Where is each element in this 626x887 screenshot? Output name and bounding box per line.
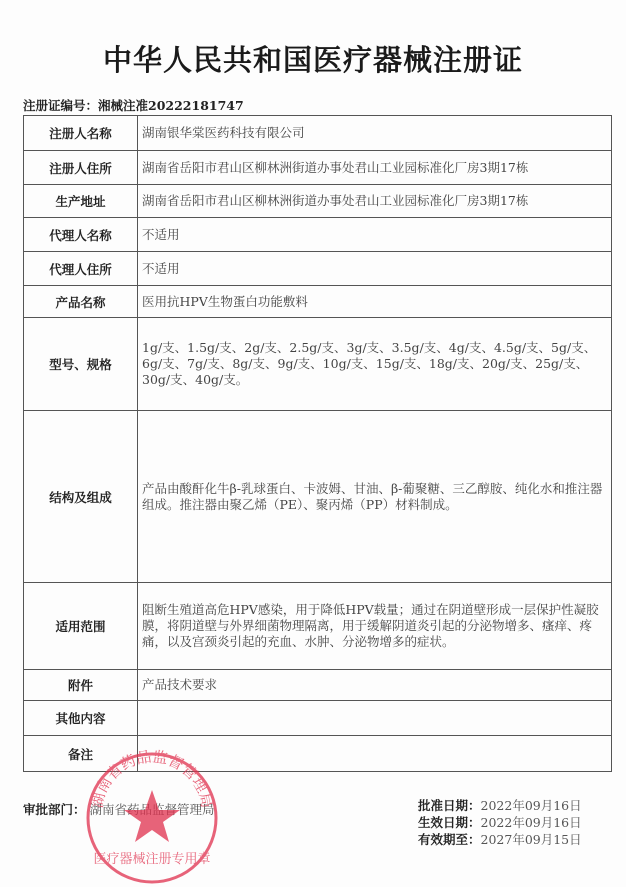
table-row: 注册人住所湖南省岳阳市君山区柳林洲街道办事处君山工业园标准化厂房3期17栋 <box>24 151 612 185</box>
row-value: 不适用 <box>138 252 612 286</box>
approval-department: 审批部门：湖南省药品监督管理局 <box>23 800 215 818</box>
row-label: 生产地址 <box>24 185 138 218</box>
table-row: 结构及组成产品由酸酐化牛β-乳球蛋白、卡波姆、甘油、β-葡聚糖、三乙醇胺、纯化水… <box>24 411 612 583</box>
approval-date-label: 批准日期： <box>418 798 481 813</box>
table-row: 代理人住所不适用 <box>24 252 612 286</box>
table-row: 适用范围阻断生殖道高危HPV感染，用于降低HPV载量；通过在阴道壁形成一层保护性… <box>24 583 612 670</box>
row-label: 注册人名称 <box>24 116 138 151</box>
approval-date-value: 2022年09月16日 <box>481 798 582 813</box>
row-value: 产品技术要求 <box>138 670 612 701</box>
expiry-date-label: 有效期至： <box>418 832 481 847</box>
certificate-table: 注册人名称湖南银华棠医药科技有限公司 注册人住所湖南省岳阳市君山区柳林洲街道办事… <box>23 115 612 772</box>
dates-block: 批准日期：2022年09月16日 生效日期：2022年09月16日 有效期至：2… <box>418 797 582 848</box>
expiry-date: 有效期至：2027年09月15日 <box>418 831 582 848</box>
row-value: 湖南省岳阳市君山区柳林洲街道办事处君山工业园标准化厂房3期17栋 <box>138 185 612 218</box>
row-value: 湖南省岳阳市君山区柳林洲街道办事处君山工业园标准化厂房3期17栋 <box>138 151 612 185</box>
table-row: 生产地址湖南省岳阳市君山区柳林洲街道办事处君山工业园标准化厂房3期17栋 <box>24 185 612 218</box>
seal-bottom-text: 医疗器械注册专用章 <box>93 851 210 867</box>
table-row: 产品名称医用抗HPV生物蛋白功能敷料 <box>24 286 612 318</box>
registration-number-label: 注册证编号： <box>23 98 98 113</box>
row-label: 适用范围 <box>24 583 138 670</box>
row-value: 湖南银华棠医药科技有限公司 <box>138 116 612 151</box>
approval-department-value: 湖南省药品监督管理局 <box>90 802 215 817</box>
row-label: 产品名称 <box>24 286 138 318</box>
table-row: 其他内容 <box>24 701 612 736</box>
table-row: 附件产品技术要求 <box>24 670 612 701</box>
table-row: 注册人名称湖南银华棠医药科技有限公司 <box>24 116 612 151</box>
row-value: 产品由酸酐化牛β-乳球蛋白、卡波姆、甘油、β-葡聚糖、三乙醇胺、纯化水和推注器组… <box>138 411 612 583</box>
row-label: 附件 <box>24 670 138 701</box>
effective-date-value: 2022年09月16日 <box>481 815 582 830</box>
approval-date: 批准日期：2022年09月16日 <box>418 797 582 814</box>
row-label: 型号、规格 <box>24 318 138 411</box>
row-value: 医用抗HPV生物蛋白功能敷料 <box>138 286 612 318</box>
registration-number-value: 湘械注准20222181747 <box>98 98 244 113</box>
expiry-date-value: 2027年09月15日 <box>481 832 582 847</box>
row-label: 结构及组成 <box>24 411 138 583</box>
row-label: 其他内容 <box>24 701 138 736</box>
row-label: 代理人住所 <box>24 252 138 286</box>
row-label: 备注 <box>24 736 138 772</box>
registration-number: 注册证编号：湘械注准20222181747 <box>23 96 244 114</box>
table-row: 型号、规格1g/支、1.5g/支、2g/支、2.5g/支、3g/支、3.5g/支… <box>24 318 612 411</box>
row-value <box>138 736 612 772</box>
table-row: 代理人名称不适用 <box>24 218 612 252</box>
row-label: 代理人名称 <box>24 218 138 252</box>
effective-date: 生效日期：2022年09月16日 <box>418 814 582 831</box>
table-row: 备注 <box>24 736 612 772</box>
row-value: 阻断生殖道高危HPV感染，用于降低HPV载量；通过在阴道壁形成一层保护性凝胶膜，… <box>138 583 612 670</box>
row-value: 不适用 <box>138 218 612 252</box>
page-title: 中华人民共和国医疗器械注册证 <box>0 38 626 79</box>
row-label: 注册人住所 <box>24 151 138 185</box>
row-value: 1g/支、1.5g/支、2g/支、2.5g/支、3g/支、3.5g/支、4g/支… <box>138 318 612 411</box>
approval-department-label: 审批部门： <box>23 802 86 817</box>
effective-date-label: 生效日期： <box>418 815 481 830</box>
row-value <box>138 701 612 736</box>
